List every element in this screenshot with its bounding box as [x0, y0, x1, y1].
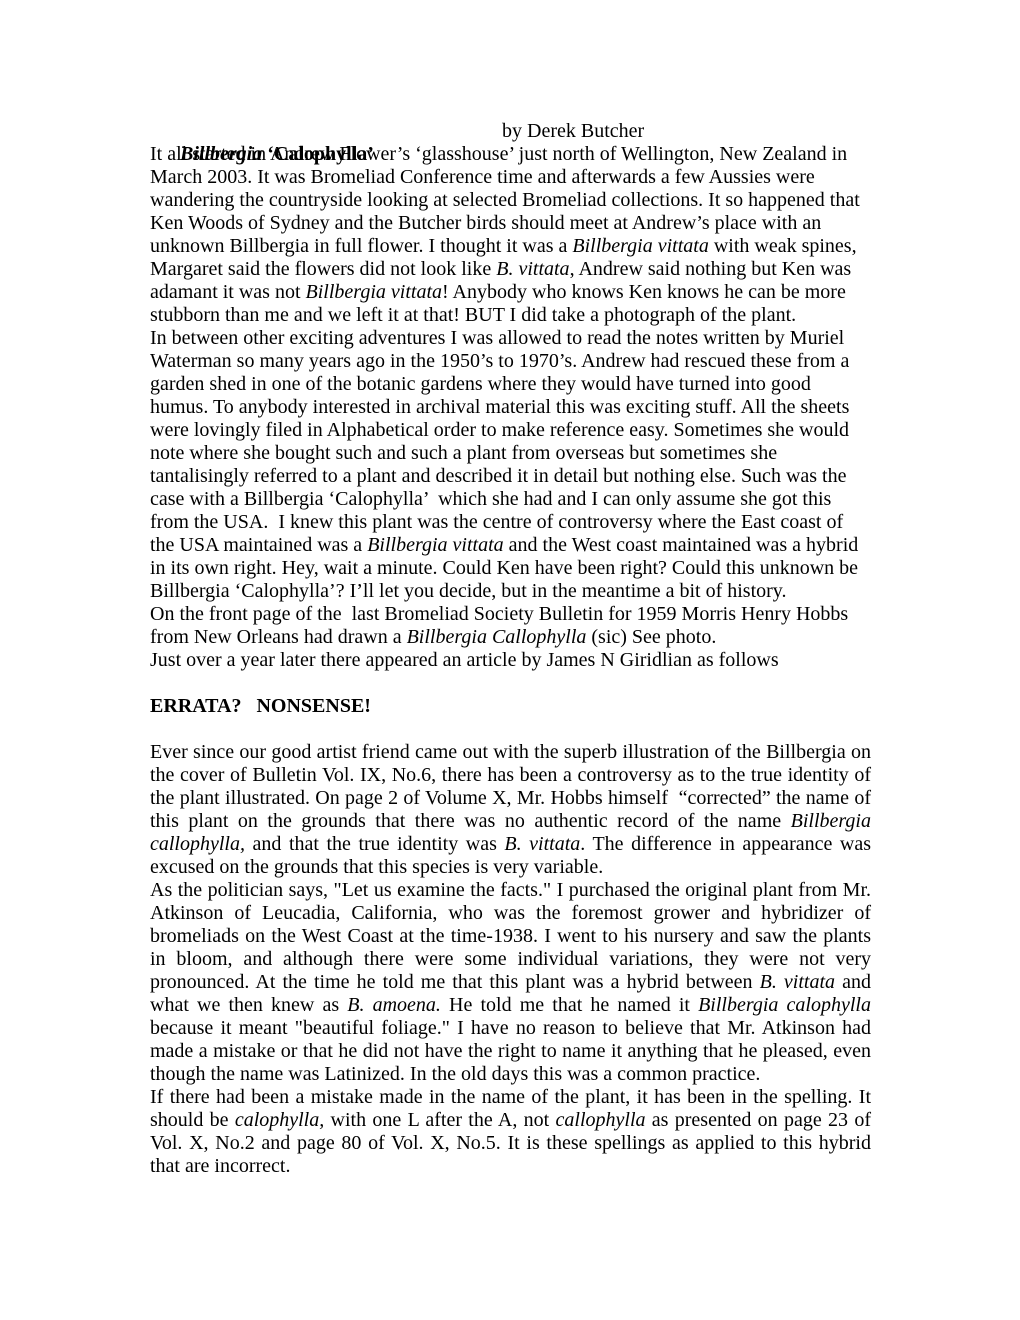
blank-line	[150, 718, 871, 741]
article-title-line: Billbergia ‘Calophylla’ by Derek Butcher	[150, 120, 871, 143]
text-run: Billbergia vittata	[572, 235, 708, 257]
text-run: (sic) See photo.	[586, 626, 716, 648]
article-byline: by Derek Butcher	[502, 120, 644, 143]
text-run: with one L after the A, not	[324, 1109, 555, 1131]
text-run: B. vittata	[760, 971, 835, 993]
text-run: ‘Calophylla’	[262, 143, 374, 165]
text-run: In between other exciting adventures I w…	[150, 327, 854, 556]
article-title: Billbergia ‘Calophylla’	[180, 143, 374, 165]
paragraph-waterman-notes: In between other exciting adventures I w…	[150, 327, 871, 603]
text-run: Billbergia vittata	[306, 281, 442, 303]
text-run: callophylla	[556, 1109, 646, 1131]
section-heading-errata: ERRATA? NONSENSE!	[150, 695, 871, 718]
document-content: Billbergia ‘Calophylla’ by Derek Butcher…	[150, 120, 871, 1178]
paragraph-ever-since: Ever since our good artist friend came o…	[150, 741, 871, 879]
text-run: and that the true identity was	[245, 833, 504, 855]
blank-line	[150, 672, 871, 695]
paragraph-spelling-mistake: If there had been a mistake made in the …	[150, 1086, 871, 1178]
text-run: B. amoena.	[347, 994, 441, 1016]
text-run: Billbergia	[180, 143, 262, 165]
text-run: Billbergia vittata	[367, 534, 503, 556]
document-page: Billbergia ‘Calophylla’ by Derek Butcher…	[0, 0, 1020, 1320]
text-run: Ever since our good artist friend came o…	[150, 741, 876, 832]
text-run: Billbergia Callophylla	[407, 626, 587, 648]
paragraph-giridlian-lead: Just over a year later there appeared an…	[150, 649, 871, 672]
paragraph-bulletin-1959: On the front page of the last Bromeliad …	[150, 603, 871, 649]
paragraph-examine-facts: As the politician says, "Let us examine …	[150, 879, 871, 1086]
paragraph-intro: It all started in Andrew Flower’s ‘glass…	[150, 143, 871, 327]
text-run: He told me that he named it	[441, 994, 698, 1016]
text-run: B. vittata	[496, 258, 569, 280]
text-run: Billbergia calophylla	[698, 994, 871, 1016]
text-run: B. vittata	[504, 833, 580, 855]
text-run: Just over a year later there appeared an…	[150, 649, 779, 671]
text-run: calophylla,	[235, 1109, 324, 1131]
